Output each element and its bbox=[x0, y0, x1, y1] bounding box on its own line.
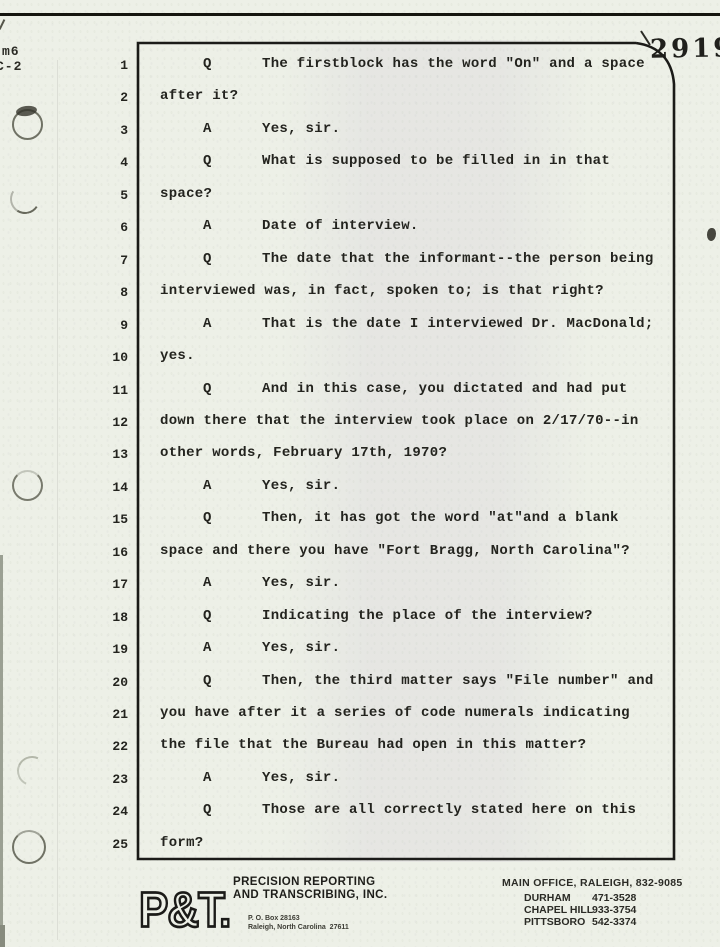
line-text: What is supposed to be filled in in that bbox=[262, 153, 610, 169]
line-number: 24 bbox=[0, 804, 128, 819]
line-number: 23 bbox=[0, 772, 128, 787]
line-number: 1 bbox=[0, 58, 128, 73]
line-number: 3 bbox=[0, 123, 128, 138]
line-number: 11 bbox=[0, 383, 128, 398]
company-logo: P&T. bbox=[138, 875, 246, 944]
branch-city: DURHAM bbox=[524, 892, 592, 904]
line-text: Yes, sir. bbox=[262, 770, 340, 786]
line-number: 9 bbox=[0, 318, 128, 333]
address-line1: P. O. Box 28163 bbox=[248, 915, 300, 922]
line-number: 16 bbox=[0, 545, 128, 560]
branch-phone: 933-3754 bbox=[592, 904, 636, 916]
branch-office-row: CHAPEL HILL 933-3754 bbox=[524, 904, 636, 916]
line-number: 10 bbox=[0, 350, 128, 365]
transcript-line: 19 A Yes, sir. bbox=[0, 640, 720, 673]
line-text: Those are all correctly stated here on t… bbox=[262, 802, 636, 818]
speaker-label: A bbox=[203, 316, 211, 332]
line-text: The firstblock has the word "On" and a s… bbox=[262, 56, 645, 72]
line-text: And in this case, you dictated and had p… bbox=[262, 381, 627, 397]
line-number: 6 bbox=[0, 220, 128, 235]
branch-city: PITTSBORO bbox=[524, 916, 592, 928]
speaker-label: A bbox=[203, 218, 211, 234]
line-text: Yes, sir. bbox=[262, 478, 340, 494]
line-text: interviewed was, in fact, spoken to; is … bbox=[160, 283, 604, 299]
company-name-line2: AND TRANSCRIBING, INC. bbox=[233, 889, 387, 901]
line-number: 15 bbox=[0, 512, 128, 527]
line-number: 13 bbox=[0, 447, 128, 462]
line-number: 4 bbox=[0, 155, 128, 170]
speaker-label: A bbox=[203, 640, 211, 656]
line-text: down there that the interview took place… bbox=[160, 413, 639, 429]
line-text: Date of interview. bbox=[262, 218, 419, 234]
transcript-line: 4 Q What is supposed to be filled in in … bbox=[0, 153, 720, 186]
line-text: space and there you have "Fort Bragg, No… bbox=[160, 543, 630, 559]
line-text: yes. bbox=[160, 348, 195, 364]
speaker-label: A bbox=[203, 770, 211, 786]
branch-city: CHAPEL HILL bbox=[524, 904, 592, 916]
branch-office-row: PITTSBORO 542-3374 bbox=[524, 916, 636, 928]
branch-office-list: DURHAM 471-3528 CHAPEL HILL 933-3754 PIT… bbox=[524, 892, 636, 929]
transcript-line: 20 Q Then, the third matter says "File n… bbox=[0, 673, 720, 706]
transcript-line: 15 Q Then, it has got the word "at"and a… bbox=[0, 510, 720, 543]
line-text: Then, the third matter says "File number… bbox=[262, 673, 654, 689]
transcript-line: 14 A Yes, sir. bbox=[0, 478, 720, 511]
branch-phone: 542-3374 bbox=[592, 916, 636, 928]
line-text: Indicating the place of the interview? bbox=[262, 608, 593, 624]
speaker-label: Q bbox=[203, 608, 211, 624]
line-number: 7 bbox=[0, 253, 128, 268]
transcript-line: 16 space and there you have "Fort Bragg,… bbox=[0, 543, 720, 576]
address-line2: Raleigh, North Carolina 27611 bbox=[248, 924, 349, 931]
transcript-line: 10 yes. bbox=[0, 348, 720, 381]
speaker-label: Q bbox=[203, 153, 211, 169]
branch-office-row: DURHAM 471-3528 bbox=[524, 892, 636, 904]
line-text: Yes, sir. bbox=[262, 640, 340, 656]
line-number: 12 bbox=[0, 415, 128, 430]
line-number: 5 bbox=[0, 188, 128, 203]
line-number: 22 bbox=[0, 739, 128, 754]
transcript-line: 25 form? bbox=[0, 835, 720, 868]
transcript-line: 8 interviewed was, in fact, spoken to; i… bbox=[0, 283, 720, 316]
line-number: 19 bbox=[0, 642, 128, 657]
transcript-line: 23 A Yes, sir. bbox=[0, 770, 720, 803]
line-text: other words, February 17th, 1970? bbox=[160, 445, 447, 461]
speaker-label: A bbox=[203, 575, 211, 591]
transcript-line: 2 after it? bbox=[0, 88, 720, 121]
line-text: the file that the Bureau had open in thi… bbox=[160, 737, 586, 753]
line-text: Yes, sir. bbox=[262, 575, 340, 591]
speaker-label: A bbox=[203, 478, 211, 494]
transcript-line: 6 A Date of interview. bbox=[0, 218, 720, 251]
logo-text: P&T. bbox=[139, 882, 230, 937]
line-number: 8 bbox=[0, 285, 128, 300]
line-number: 14 bbox=[0, 480, 128, 495]
transcript-body: 1 Q The firstblock has the word "On" and… bbox=[0, 0, 720, 947]
company-name-line1: PRECISION REPORTING bbox=[233, 876, 375, 888]
transcript-line: 21 you have after it a series of code nu… bbox=[0, 705, 720, 738]
transcript-line: 18 Q Indicating the place of the intervi… bbox=[0, 608, 720, 641]
speaker-label: Q bbox=[203, 802, 211, 818]
transcript-line: 13 other words, February 17th, 1970? bbox=[0, 445, 720, 478]
transcript-line: 12 down there that the interview took pl… bbox=[0, 413, 720, 446]
transcript-line: 1 Q The firstblock has the word "On" and… bbox=[0, 56, 720, 89]
line-text: form? bbox=[160, 835, 204, 851]
line-number: 18 bbox=[0, 610, 128, 625]
branch-phone: 471-3528 bbox=[592, 892, 636, 904]
main-office-line: MAIN OFFICE, RALEIGH, 832-9085 bbox=[502, 877, 683, 889]
line-number: 21 bbox=[0, 707, 128, 722]
transcript-line: 11 Q And in this case, you dictated and … bbox=[0, 381, 720, 414]
line-text: That is the date I interviewed Dr. MacDo… bbox=[262, 316, 654, 332]
transcript-line: 24 Q Those are all correctly stated here… bbox=[0, 802, 720, 835]
speaker-label: Q bbox=[203, 510, 211, 526]
speaker-label: Q bbox=[203, 56, 211, 72]
scanned-transcript-page: m6 C-2 2919 1 Q The firstblock has the w… bbox=[0, 0, 720, 947]
transcript-line: 17 A Yes, sir. bbox=[0, 575, 720, 608]
line-text: space? bbox=[160, 186, 212, 202]
line-text: The date that the informant--the person … bbox=[262, 251, 654, 267]
transcript-line: 5 space? bbox=[0, 186, 720, 219]
line-text: Yes, sir. bbox=[262, 121, 340, 137]
line-text: you have after it a series of code numer… bbox=[160, 705, 630, 721]
speaker-label: Q bbox=[203, 381, 211, 397]
speaker-label: Q bbox=[203, 673, 211, 689]
line-text: Then, it has got the word "at"and a blan… bbox=[262, 510, 619, 526]
transcript-line: 22 the file that the Bureau had open in … bbox=[0, 737, 720, 770]
line-text: after it? bbox=[160, 88, 238, 104]
speaker-label: Q bbox=[203, 251, 211, 267]
line-number: 2 bbox=[0, 90, 128, 105]
speaker-label: A bbox=[203, 121, 211, 137]
line-number: 17 bbox=[0, 577, 128, 592]
transcript-line: 3 A Yes, sir. bbox=[0, 121, 720, 154]
transcript-line: 9 A That is the date I interviewed Dr. M… bbox=[0, 316, 720, 349]
line-number: 25 bbox=[0, 837, 128, 852]
transcript-line: 7 Q The date that the informant--the per… bbox=[0, 251, 720, 284]
line-number: 20 bbox=[0, 675, 128, 690]
